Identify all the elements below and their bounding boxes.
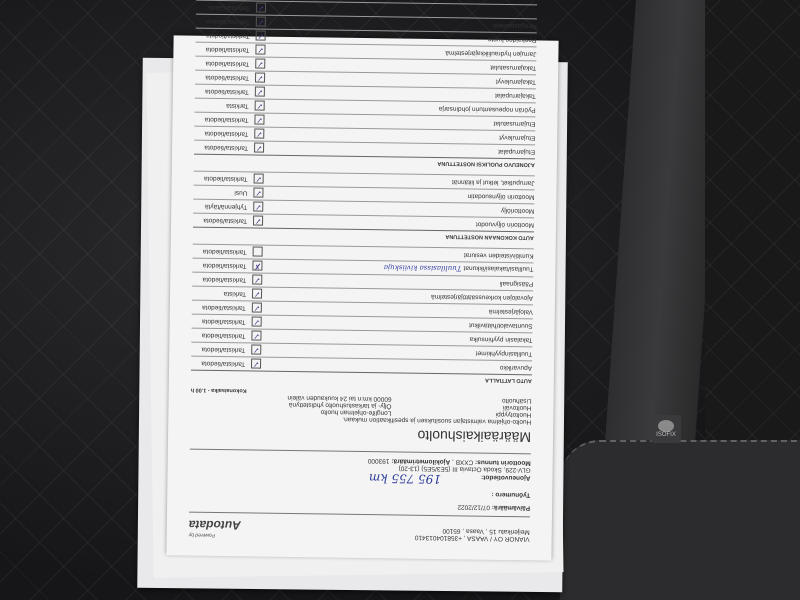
checkbox: ✓ — [253, 188, 263, 198]
document-title: Määräaikaishuolto — [190, 425, 531, 446]
checkbox: ✓ — [254, 174, 264, 184]
checkbox: ✓ — [252, 303, 262, 313]
isofix-icon — [658, 420, 674, 432]
checkbox: ✓ — [252, 275, 262, 285]
checkbox — [253, 247, 263, 257]
handwritten-mileage: 195 755 km — [369, 471, 441, 486]
work-number-label: Työnumero : — [189, 487, 530, 499]
checkbox: ✗ — [252, 261, 262, 271]
seat-cushion — [560, 440, 800, 600]
checkbox: ✓ — [254, 115, 264, 125]
checkbox: ✓ — [255, 59, 265, 69]
isofix-tag: ISOFIX — [651, 415, 681, 443]
checkbox: ✓ — [253, 202, 263, 212]
checkbox: ✓ — [254, 129, 264, 139]
checkbox: ✓ — [253, 216, 263, 226]
checklist: AUTO LATTIALLAApuvarikko✓Tarkista/tiedot… — [191, 0, 537, 383]
odometer: 193000 — [368, 457, 390, 464]
checkbox: ✓ — [255, 101, 265, 111]
checkbox: ✓ — [251, 331, 261, 341]
checkbox: ✓ — [255, 73, 265, 83]
checkbox: ✓ — [256, 31, 266, 41]
checkbox: ✓ — [251, 345, 261, 355]
checkbox: ✓ — [252, 289, 262, 299]
service-report-page: VIANOR OY / VAASA , +358104013410 Meijer… — [166, 35, 558, 560]
autodata-logo: Powered by Autodata — [189, 518, 241, 539]
checkbox: ✓ — [255, 87, 265, 97]
checkbox: ✓ — [252, 317, 262, 327]
checkbox: ✓ — [251, 359, 261, 369]
checkbox: ✓ — [256, 17, 266, 27]
checkbox: ✓ — [255, 45, 265, 55]
checkbox: ✓ — [254, 143, 264, 153]
checkbox: ✓ — [256, 3, 266, 13]
service-date: 07/12/2022 — [457, 503, 490, 510]
